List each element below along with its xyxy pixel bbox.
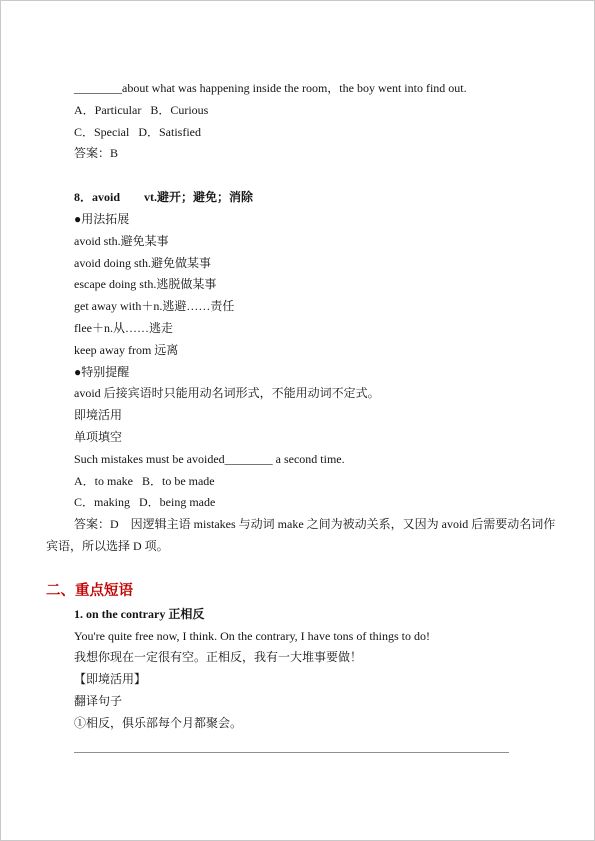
usage-line: get away with＋n.逃避……责任 <box>74 296 556 318</box>
usage-line: avoid sth.避免某事 <box>74 231 556 253</box>
options-line-cd: C．making D．being made <box>74 492 556 514</box>
answer-line: 答案：B <box>74 143 556 165</box>
practice-label: 即境活用 <box>74 405 556 427</box>
phrase-title: 1. on the contrary 正相反 <box>74 604 556 626</box>
answer-explanation: 答案：D 因逻辑主语 mistakes 与动词 make 之间为被动关系，又因为… <box>46 514 556 558</box>
usage-line: keep away from 远离 <box>74 340 556 362</box>
section-heading: 二、重点短语 <box>46 579 556 604</box>
translation-item: ①相反，俱乐部每个月都聚会。 <box>74 713 556 735</box>
usage-line: escape doing sth.逃脱做某事 <box>74 274 556 296</box>
usage-line: avoid doing sth.避免做某事 <box>74 253 556 275</box>
example-sentence-en: You're quite free now, I think. On the c… <box>74 626 556 648</box>
page-content: ________about what was happening inside … <box>1 1 594 753</box>
answer-blank-rule <box>74 752 509 753</box>
special-note-header: ●特别提醒 <box>74 362 556 384</box>
practice-bracket-header: 【即境活用】 <box>74 669 556 691</box>
practice-type-label: 单项填空 <box>74 427 556 449</box>
practice-type-label: 翻译句子 <box>74 691 556 713</box>
usage-expansion-header: ●用法拓展 <box>74 209 556 231</box>
question-stem-line: Such mistakes must be avoided________ a … <box>74 449 556 471</box>
question-stem-line: ________about what was happening inside … <box>74 78 556 100</box>
usage-line: flee＋n.从……逃走 <box>74 318 556 340</box>
blank-line-spacer <box>46 165 556 187</box>
word-entry-title: 8．avoid vt.避开；避免；消除 <box>74 187 556 209</box>
options-line-cd: C．Special D．Satisfied <box>74 122 556 144</box>
example-sentence-zh: 我想你现在一定很有空。正相反，我有一大堆事要做！ <box>74 647 556 669</box>
document-page: { "doc": { "accent_color": "#c00000", "r… <box>0 0 595 841</box>
options-line-ab: A．Particular B．Curious <box>74 100 556 122</box>
options-line-ab: A．to make B．to be made <box>74 471 556 493</box>
special-note-line: avoid 后接宾语时只能用动名词形式，不能用动词不定式。 <box>74 383 556 405</box>
